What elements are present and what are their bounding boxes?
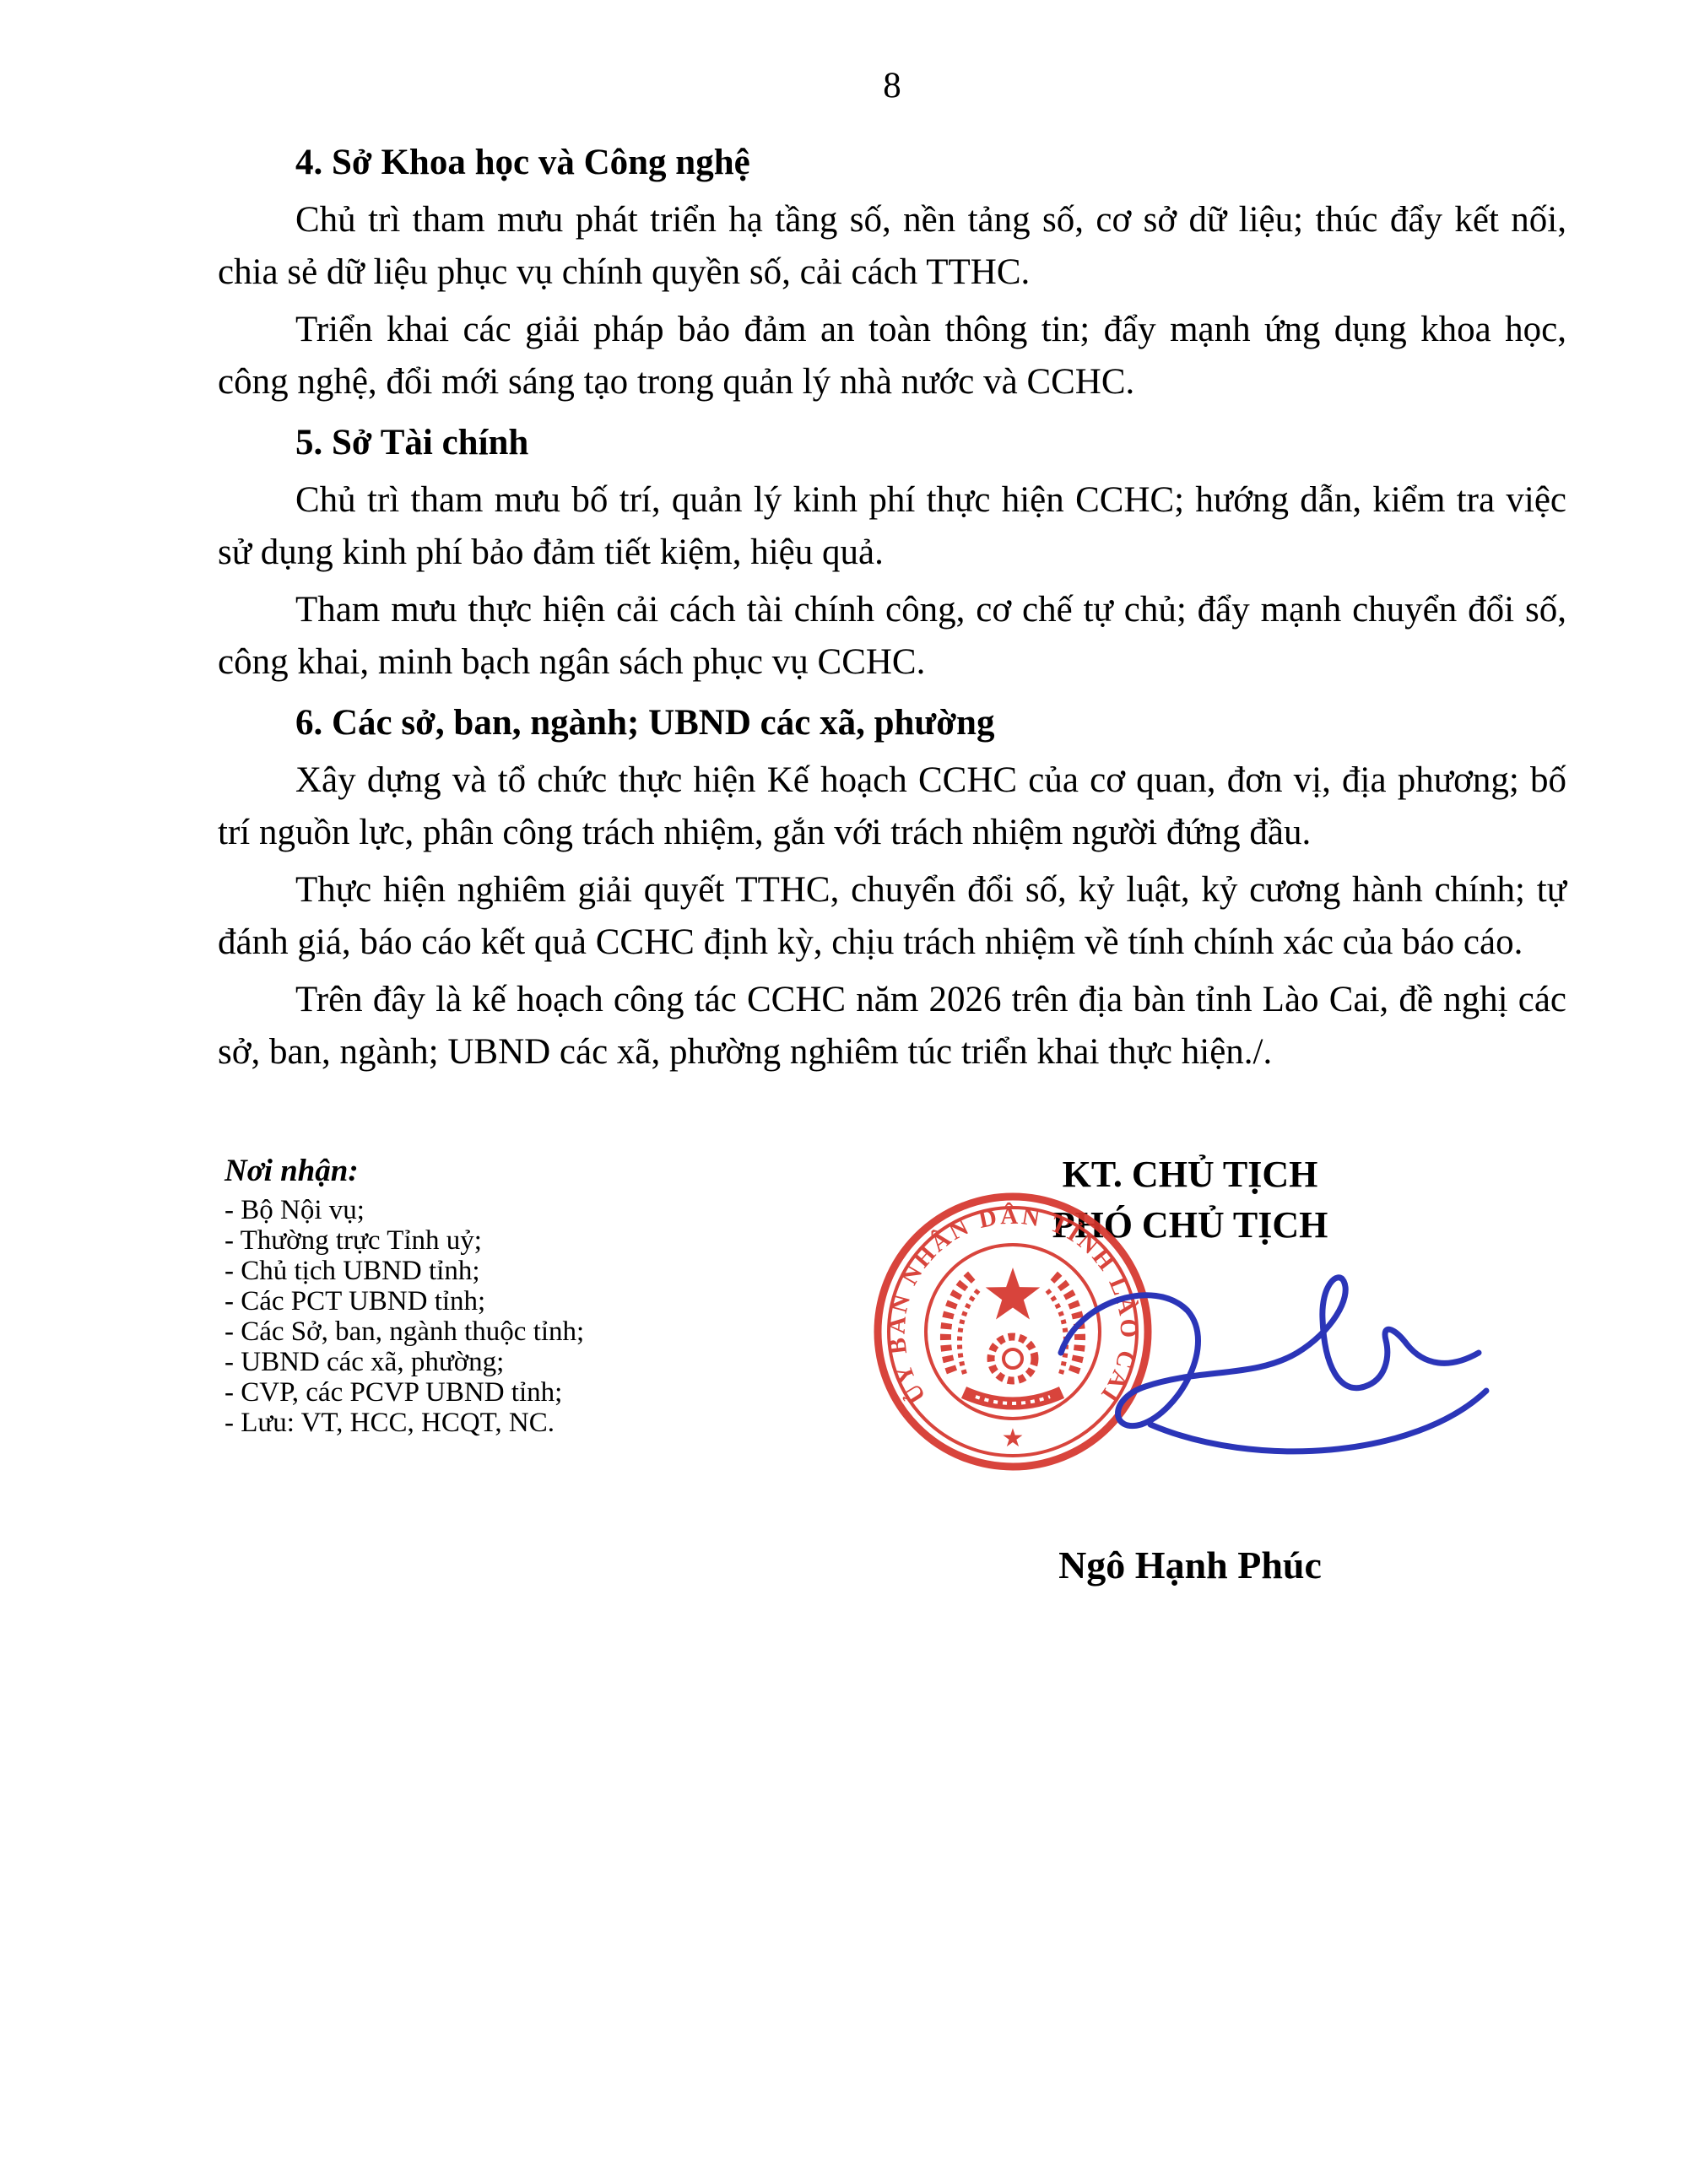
signer-name: Ngô Hạnh Phúc [979,1543,1401,1587]
recipient-item: - Các PCT UBND tỉnh; [225,1286,697,1316]
recipients-block: Nơi nhận: - Bộ Nội vụ; - Thường trực Tỉn… [225,1153,697,1438]
emblem-gear-hub [1004,1349,1022,1368]
handwritten-signature [1051,1253,1507,1506]
section-heading-5: 5. Sở Tài chính [218,417,1566,469]
recipient-item: - Các Sở, ban, ngành thuộc tỉnh; [225,1316,697,1347]
document-body: 8 4. Sở Khoa học và Công nghệ Chủ trì th… [218,66,1566,1078]
page-number: 8 [218,66,1566,106]
signature-graphic [1051,1253,1507,1506]
emblem-wreath-left-inner [960,1289,979,1374]
paragraph: Xây dựng và tổ chức thực hiện Kế hoạch C… [218,754,1566,859]
recipient-item: - Lưu: VT, HCC, HCQT, NC. [225,1408,697,1438]
recipients-label: Nơi nhận: [225,1153,697,1190]
section-heading-4: 4. Sở Khoa học và Công nghệ [218,137,1566,189]
recipient-item: - Thường trực Tỉnh uỷ; [225,1225,697,1256]
paragraph: Triển khai các giải pháp bảo đảm an toàn… [218,304,1566,408]
recipient-item: - Bộ Nội vụ; [225,1195,697,1225]
recipient-item: - CVP, các PCVP UBND tỉnh; [225,1377,697,1408]
signature-stroke-main [1061,1278,1479,1426]
recipient-item: - UBND các xã, phường; [225,1347,697,1377]
emblem-star-icon [986,1268,1041,1320]
paragraph: Tham mưu thực hiện cải cách tài chính cô… [218,584,1566,689]
signature-stroke-underline [1150,1391,1486,1451]
paragraph: Chủ trì tham mưu phát triển hạ tầng số, … [218,194,1566,299]
seal-bottom-star-icon: ★ [1002,1424,1025,1452]
paragraph: Thực hiện nghiêm giải quyết TTHC, chuyển… [218,864,1566,969]
recipient-item: - Chủ tịch UBND tỉnh; [225,1256,697,1286]
closing-paragraph: Trên đây là kế hoạch công tác CCHC năm 2… [218,974,1566,1078]
document-page: 8 4. Sở Khoa học và Công nghệ Chủ trì th… [0,0,1688,2184]
emblem-gear [991,1337,1035,1381]
section-heading-6: 6. Các sở, ban, ngành; UBND các xã, phườ… [218,697,1566,749]
paragraph: Chủ trì tham mưu bố trí, quản lý kinh ph… [218,474,1566,579]
